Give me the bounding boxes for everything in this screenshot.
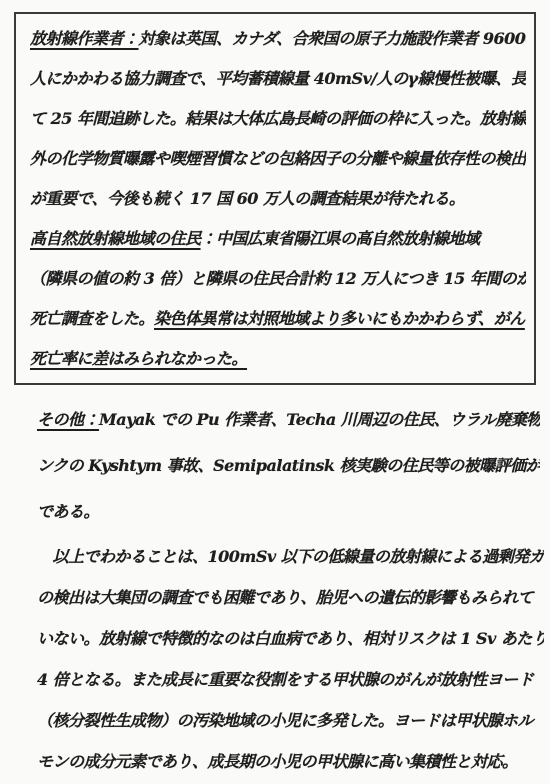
text-line: モンの成分元素であり、成長期の小児の甲状腺に高い集積性と対応。 — [37, 741, 544, 782]
text-segment: である。 — [37, 502, 99, 521]
text-segment: （隣県の値の約 3 倍）と隣県の住民合計約 12 万人につき 15 年間のがん — [30, 269, 526, 288]
text-line: その他：Mayak での Pu 作業者、Techa 川周辺の住民、ウラル廃棄物タ — [37, 397, 540, 443]
text-segment: Mayak での Pu 作業者、Techa 川周辺の住民、ウラル廃棄物タ — [99, 410, 540, 429]
text-segment: 外の化学物質曝露や喫煙習慣などの包絡因子の分離や線量依存性の検出 — [30, 149, 526, 168]
others-paragraph-section: その他：Mayak での Pu 作業者、Techa 川周辺の住民、ウラル廃棄物タ… — [37, 397, 540, 535]
text-line: 放射線作業者：対象は英国、カナダ、合衆国の原子力施設作業者 96000 — [30, 19, 526, 59]
text-line: て 25 年間追跡した。結果は大体広島長崎の評価の枠に入った。放射線以 — [30, 99, 526, 139]
text-line: である。 — [37, 489, 540, 535]
text-line: 外の化学物質曝露や喫煙習慣などの包絡因子の分離や線量依存性の検出 — [30, 139, 526, 179]
text-segment: 死亡調査をした。 — [30, 309, 154, 328]
text-segment: の検出は大集団の調査でも困難であり、胎児への遺伝的影響もみられて — [37, 588, 533, 607]
text-line: 高自然放射線地域の住民：中国広東省陽江県の高自然放射線地域 — [30, 219, 526, 259]
text-segment: 人にかかわる協力調査で、平均蓄積線量 40mSv/人のγ線慢性被曝、長く — [30, 69, 526, 88]
text-line: いない。放射線で特徴的なのは白血病であり、相対リスクは 1 Sv あたり — [37, 618, 544, 659]
scanned-document-page: 放射線作業者：対象は英国、カナダ、合衆国の原子力施設作業者 96000人にかかわ… — [0, 0, 550, 784]
text-line: （隣県の値の約 3 倍）と隣県の住民合計約 12 万人につき 15 年間のがん — [30, 259, 526, 299]
underlined-text-segment: 放射線作業者： — [30, 29, 139, 48]
underlined-text-segment: 高自然放射線地域の住民 — [30, 229, 201, 248]
text-line: 人にかかわる協力調査で、平均蓄積線量 40mSv/人のγ線慢性被曝、長く — [30, 59, 526, 99]
text-line: 4 倍となる。また成長に重要な役割をする甲状腺のがんが放射性ヨード — [37, 659, 544, 700]
text-line: （核分裂性生成物）の汚染地域の小児に多発した。ヨードは甲状腺ホル — [37, 700, 544, 741]
text-line: 死亡調査をした。染色体異常は対照地域より多いにもかかわらず、がん — [30, 299, 526, 339]
text-segment: ：中国広東省陽江県の高自然放射線地域 — [201, 229, 480, 248]
text-line: 以上でわかることは、100mSv 以下の低線量の放射線による過剰発ガン — [37, 536, 544, 577]
text-line: 死亡率に差はみられなかった。 — [30, 339, 526, 379]
text-segment: （核分裂性生成物）の汚染地域の小児に多発した。ヨードは甲状腺ホル — [37, 711, 533, 730]
text-segment: いない。放射線で特徴的なのは白血病であり、相対リスクは 1 Sv あたり — [37, 629, 544, 648]
text-line: が重要で、今後も続く 17 国 60 万人の調査結果が待たれる。 — [30, 179, 526, 219]
text-segment: ンクの Kyshtym 事故、Semipalatinsk 核実験の住民等の被曝評… — [37, 456, 540, 475]
text-segment: て 25 年間追跡した。結果は大体広島長崎の評価の枠に入った。放射線以 — [30, 109, 526, 128]
underlined-text-segment: その他： — [37, 410, 99, 429]
text-line: ンクの Kyshtym 事故、Semipalatinsk 核実験の住民等の被曝評… — [37, 443, 540, 489]
text-segment: 4 倍となる。また成長に重要な役割をする甲状腺のがんが放射性ヨード — [37, 670, 533, 689]
underlined-text-segment: 染色体異常は対照地域より多いにもかかわらず、がん — [154, 309, 525, 328]
text-line: の検出は大集団の調査でも困難であり、胎児への遺伝的影響もみられて — [37, 577, 544, 618]
text-segment: 以上でわかることは、100mSv 以下の低線量の放射線による過剰発ガン — [37, 547, 544, 566]
conclusion-paragraph-section: 以上でわかることは、100mSv 以下の低線量の放射線による過剰発ガンの検出は大… — [37, 536, 544, 782]
underlined-text-segment: 死亡率に差はみられなかった。 — [30, 349, 247, 368]
text-segment: が重要で、今後も続く 17 国 60 万人の調査結果が待たれる。 — [30, 189, 465, 208]
text-segment: モンの成分元素であり、成長期の小児の甲状腺に高い集積性と対応。 — [37, 752, 518, 771]
boxed-study-summary-section: 放射線作業者：対象は英国、カナダ、合衆国の原子力施設作業者 96000人にかかわ… — [14, 12, 536, 385]
text-segment: 対象は英国、カナダ、合衆国の原子力施設作業者 96000 — [139, 29, 526, 48]
